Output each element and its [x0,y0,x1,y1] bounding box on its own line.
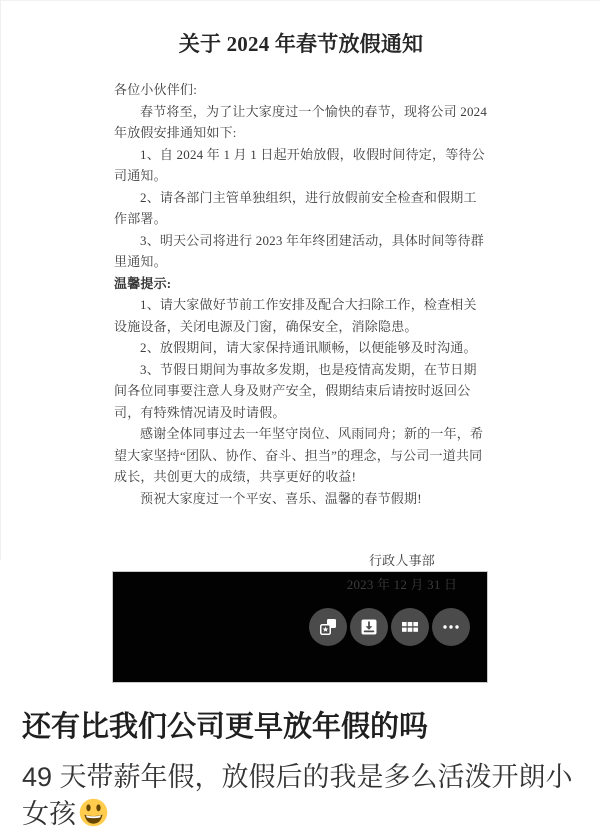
download-button[interactable] [350,608,388,646]
arrangement-item-3: 3、明天公司将进行 2023 年年终团建活动，具体时间等待群里通知。 [114,230,488,273]
tip-item-2: 2、放假期间，请大家保持通讯顺畅，以便能够及时沟通。 [114,337,488,359]
notice-document-image: 关于 2024 年春节放假通知 各位小伙伴们: 春节将至，为了让大家度过一个愉快… [0,0,600,560]
tip-item-1: 1、请大家做好节前工作安排及配合大扫除工作，检查相关设施设备，关闭电源及门窗，确… [114,294,488,337]
signature-department: 行政人事部 [316,549,488,573]
tips-heading: 温馨提示: [114,273,488,295]
grinning-face-emoji [78,804,109,834]
more-icon [440,616,462,638]
document-salutation: 各位小伙伴们: [114,79,488,101]
arrangement-item-1: 1、自 2024 年 1 月 1 日起开始放假，收假时间待定，等待公司通知。 [114,144,488,187]
document-intro: 春节将至，为了让大家度过一个愉快的春节，现将公司 2024 年放假安排通知如下: [114,101,488,144]
more-button[interactable] [432,608,470,646]
post-text-block: 还有比我们公司更早放年假的吗 49 天带薪年假，放假后的我是多么活泼开朗小女孩 [0,708,600,838]
post-heading: 还有比我们公司更早放年假的吗 [22,708,578,746]
document-title: 关于 2024 年春节放假通知 [114,1,488,57]
post-body: 49 天带薪年假，放假后的我是多么活泼开朗小女孩 [22,759,578,838]
grid-button[interactable] [391,608,429,646]
extract-text-button[interactable] [309,608,347,646]
download-icon [358,616,380,638]
grid-icon [399,616,421,638]
document-wish: 预祝大家度过一个平安、喜乐、温馨的春节假期! [114,488,488,510]
arrangement-item-2: 2、请各部门主管单独组织，进行放假前安全检查和假期工作部署。 [114,187,488,230]
document-thanks: 感谢全体同事过去一年坚守岗位、风雨同舟；新的一年，希望大家坚持“团队、协作、奋斗… [114,423,488,488]
tip-item-3: 3、节假日期间为事故多发期，也是疫情高发期，在节日期间各位同事要注意人身及财产安… [114,359,488,424]
extract-text-icon [317,616,339,638]
